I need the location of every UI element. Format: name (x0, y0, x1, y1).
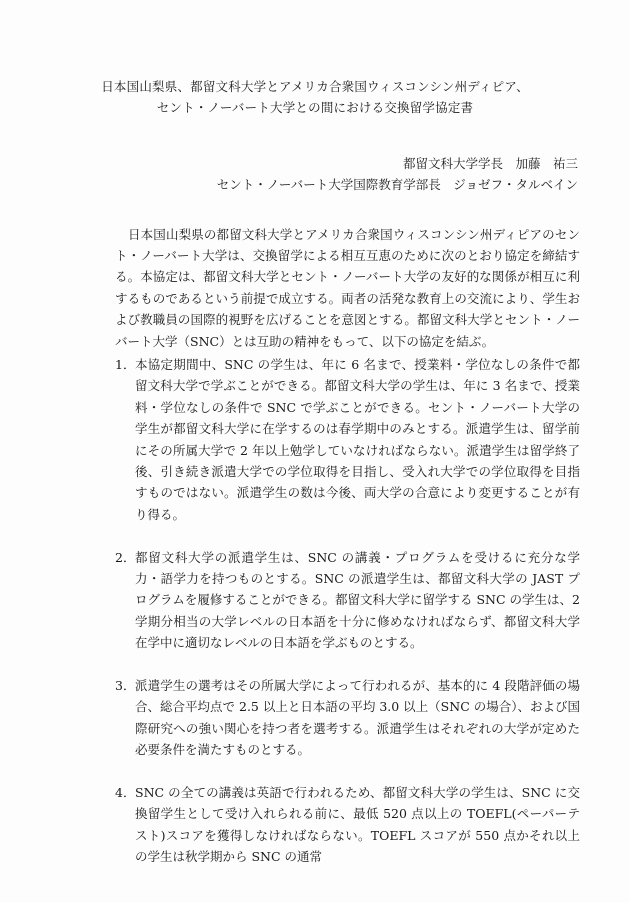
title-line-1: 日本国山梨県、都留文科大学とアメリカ合衆国ウィスコンシン州ディピア、 (0, 76, 630, 97)
clause-text: SNC の全ての講義は英語で行われるため、都留文科大学の学生は、SNC に交換留… (135, 785, 580, 864)
clause-1: 1． 本協定期間中、SNC の学生は、年に 6 名まで、授業料・学位なしの条件で… (115, 354, 580, 525)
signatory-tsuru-president: 都留文科大学学長 加藤 祐三 (217, 153, 578, 174)
clause-number: 4． (115, 782, 135, 803)
clause-text: 都留文科大学の派遣学生は、SNC の講義・プログラムを受けるに充分な学力・語学力… (135, 550, 580, 651)
clause-text: 本協定期間中、SNC の学生は、年に 6 名まで、授業料・学位なしの条件で都留文… (135, 357, 580, 522)
clause-number: 3． (115, 675, 135, 696)
title-line-2: セント・ノーバート大学との間における交換留学協定書 (0, 97, 630, 118)
clause-2: 2． 都留文科大学の派遣学生は、SNC の講義・プログラムを受けるに充分な学力・… (115, 547, 580, 654)
document-page: 日本国山梨県、都留文科大学とアメリカ合衆国ウィスコンシン州ディピア、 セント・ノ… (0, 0, 630, 903)
signatories-block: 都留文科大学学長 加藤 祐三 セント・ノーバート大学国際教育学部長 ジョゼフ・タ… (217, 153, 578, 195)
clause-text: 派遣学生の選考はその所属大学によって行われるが、基本的に 4 段階評価の場合、総… (135, 678, 580, 757)
clause-list: 1． 本協定期間中、SNC の学生は、年に 6 名まで、授業料・学位なしの条件で… (115, 354, 580, 889)
signatory-snc-dean: セント・ノーバート大学国際教育学部長 ジョゼフ・タルベイン (217, 174, 578, 195)
clause-4: 4． SNC の全ての講義は英語で行われるため、都留文科大学の学生は、SNC に… (115, 782, 580, 868)
clause-number: 2． (115, 547, 135, 568)
intro-paragraph: 日本国山梨県の都留文科大学とアメリカ合衆国ウィスコンシン州ディピアのセント・ノー… (115, 224, 580, 352)
document-title: 日本国山梨県、都留文科大学とアメリカ合衆国ウィスコンシン州ディピア、 セント・ノ… (0, 76, 630, 118)
clause-number: 1． (115, 354, 135, 375)
clause-3: 3． 派遣学生の選考はその所属大学によって行われるが、基本的に 4 段階評価の場… (115, 675, 580, 761)
